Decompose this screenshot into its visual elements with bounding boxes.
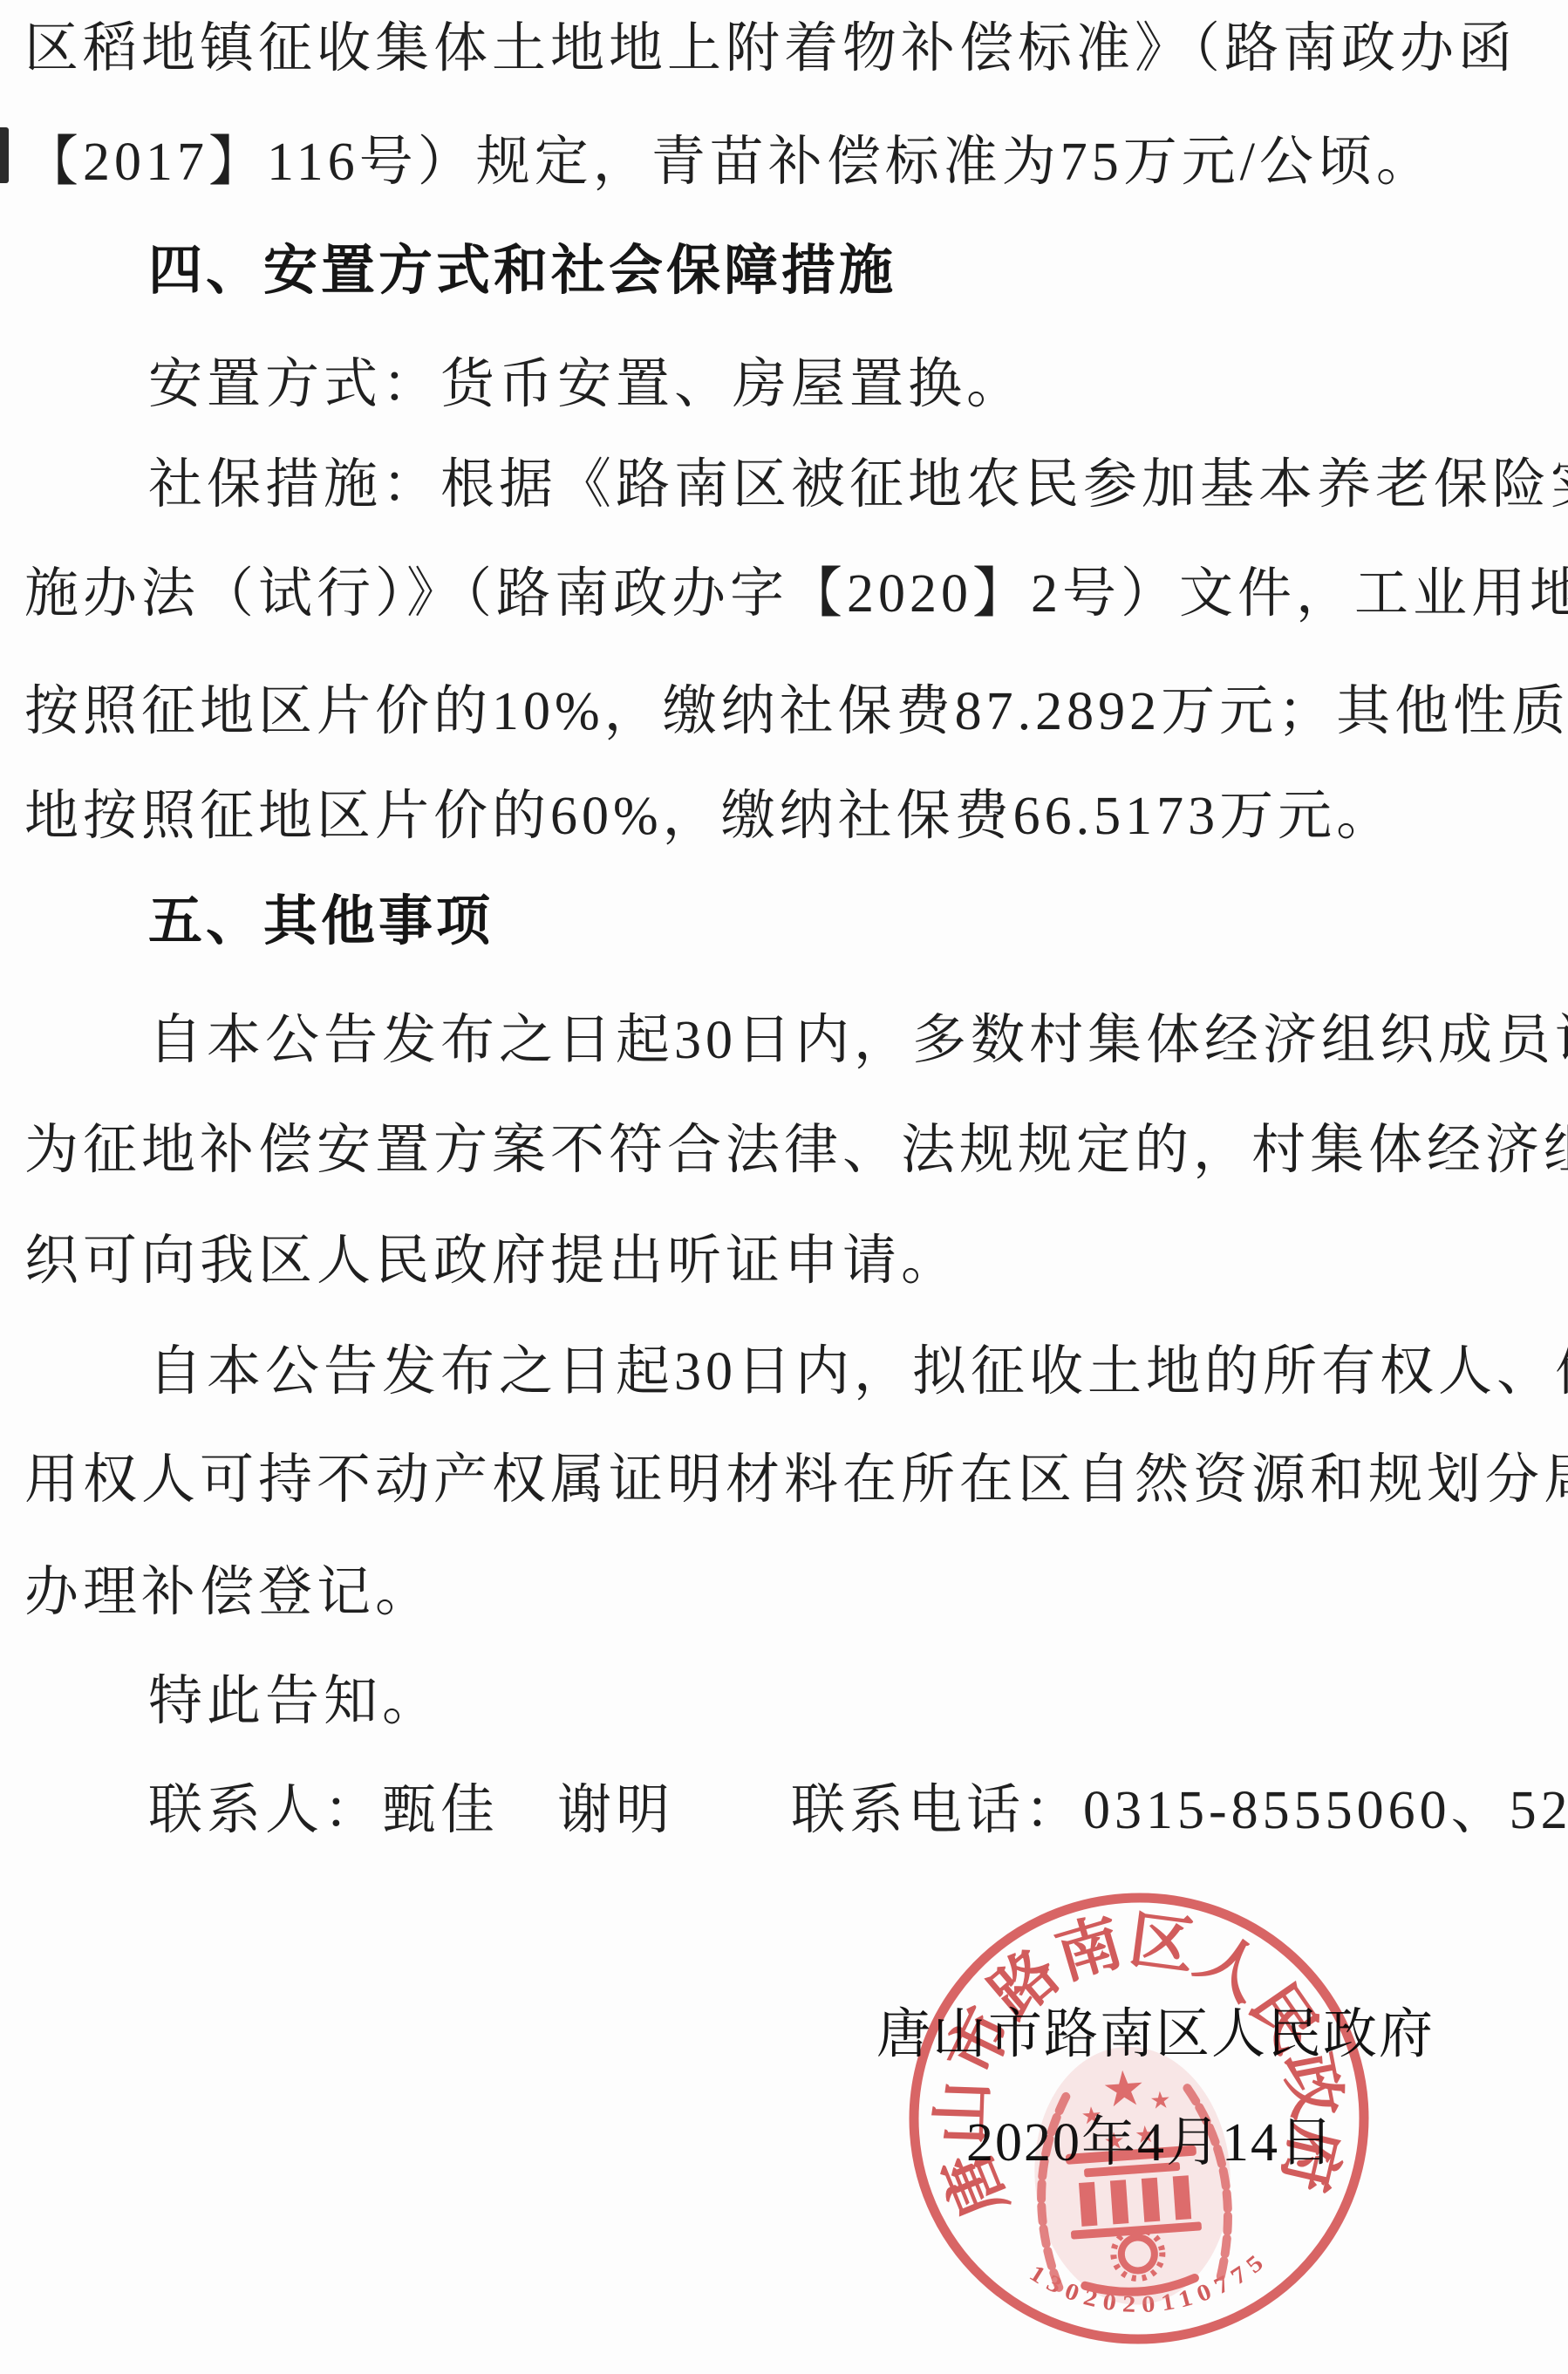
doc-line: 办理补偿登记。: [24, 1552, 433, 1633]
doc-line: 自本公告发布之日起30日内，拟征收土地的所有权人、使: [148, 1332, 1568, 1412]
national-emblem-icon: ★ ★ ★ ★ ★: [1026, 2040, 1239, 2311]
doc-line: 按照征地区片价的10%，缴纳社保费87.2892万元；其他性质用: [24, 672, 1568, 752]
small-star-icon: ★: [1134, 2121, 1156, 2149]
gate-column: [1173, 2175, 1191, 2220]
doc-line: 自本公告发布之日起30日内，多数村集体经济组织成员认: [148, 1000, 1568, 1081]
small-star-icon: ★: [1081, 2102, 1103, 2130]
big-star-icon: ★: [1100, 2061, 1147, 2118]
doc-line: 安置方式：货币安置、房屋置换。: [148, 345, 1025, 425]
doc-line: 施办法（试行）》（路南政办字【2020】2号）文件，工业用地: [24, 554, 1568, 634]
section-heading-5: 五、其他事项: [148, 882, 494, 962]
scanned-notice-page: 区稻地镇征收集体土地地上附着物补偿标准》（路南政办函 【2017】116号）规定…: [0, 0, 1568, 2374]
contact-line: 联系人：甄佳 谢明 联系电话：0315-8555060、5263488: [148, 1770, 1568, 1851]
gate-column: [1110, 2180, 1128, 2224]
doc-line: 区稻地镇征收集体土地地上附着物补偿标准》（路南政办函: [24, 9, 1517, 89]
gate-column: [1142, 2178, 1160, 2222]
section-heading-4: 四、安置方式和社会保障措施: [148, 231, 896, 311]
gate-column: [1079, 2182, 1097, 2227]
doc-line: 【2017】116号）规定，青苗补偿标准为75万元/公顷。: [24, 122, 1435, 202]
doc-line: 特此告知。: [148, 1661, 440, 1742]
scan-edge-artifact: [0, 127, 9, 183]
doc-line: 织可向我区人民政府提出听证申请。: [24, 1221, 959, 1301]
small-star-icon: ★: [1149, 2086, 1171, 2114]
doc-line: 为征地补偿安置方案不符合法律、法规规定的，村集体经济组: [24, 1110, 1568, 1190]
doc-line: 用权人可持不动产权属证明材料在所在区自然资源和规划分局: [24, 1440, 1568, 1520]
official-seal: 唐山市路南区人民政府 1302020110775 ★ ★ ★ ★ ★: [903, 1887, 1374, 2350]
doc-line: 社保措施：根据《路南区被征地农民参加基本养老保险实: [148, 445, 1568, 525]
doc-line: 地按照征地区片价的60%，缴纳社保费66.5173万元。: [24, 776, 1394, 856]
